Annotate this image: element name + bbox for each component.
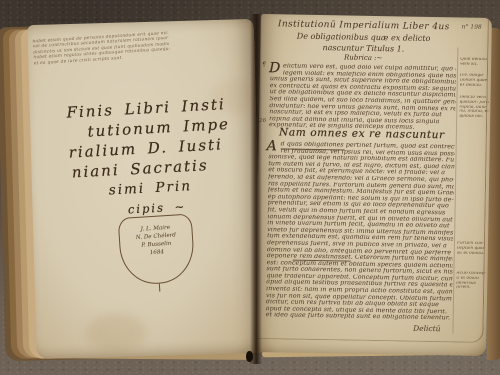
margin-note: Quid delictūverè sit. bbox=[460, 57, 489, 67]
margin-note: Furtum con-ceptum quidsit et oblatū. bbox=[457, 241, 486, 256]
margin-note: Actio concep-ti et oblatiadversusfurem. bbox=[456, 271, 485, 291]
ink-blot bbox=[246, 351, 253, 362]
stain bbox=[85, 312, 146, 354]
margin-note: Div. obliga-tionum quaeex delicto. bbox=[460, 73, 489, 88]
paragraph-2: d quas obligationes pertinet furtum, quo… bbox=[266, 141, 455, 322]
catchword: Delictū bbox=[413, 324, 440, 333]
folio-number: n° 198 bbox=[461, 24, 481, 31]
left-page: habet etiam quod de personis deputandum … bbox=[27, 19, 262, 359]
paragraph-1: elictum vero est, quod dolo vel culpa ad… bbox=[269, 63, 456, 132]
margin-note-line: sit et oblatū. bbox=[457, 251, 486, 256]
margin-note-line: ex delicto. bbox=[460, 83, 489, 88]
cartouche-flourish bbox=[159, 284, 161, 292]
manuscript-photo: habet etiam quod de personis deputandum … bbox=[0, 0, 500, 375]
margin-note-line: furem. bbox=[456, 286, 485, 291]
margin-note-line: quibus obl. bbox=[459, 115, 488, 120]
margin-note: Delicta veraquatuor: furtū,rapina, dam-n… bbox=[459, 95, 488, 119]
margin-mark: ¶ bbox=[262, 61, 266, 68]
gutter-shadow bbox=[250, 14, 262, 364]
colophon-title: Finis Libri Insti tutionum Impe rialium … bbox=[66, 92, 264, 222]
top-marginal-note: habet etiam quod de personis deputandum … bbox=[32, 31, 169, 67]
margin-note-line: verè sit. bbox=[460, 62, 489, 67]
ownership-cartouche: J. L. Maire N. De Chélerd P. Busselin 16… bbox=[118, 213, 196, 286]
right-page: n° 198 Institutionū Imperialium Liber 4u… bbox=[255, 14, 492, 356]
